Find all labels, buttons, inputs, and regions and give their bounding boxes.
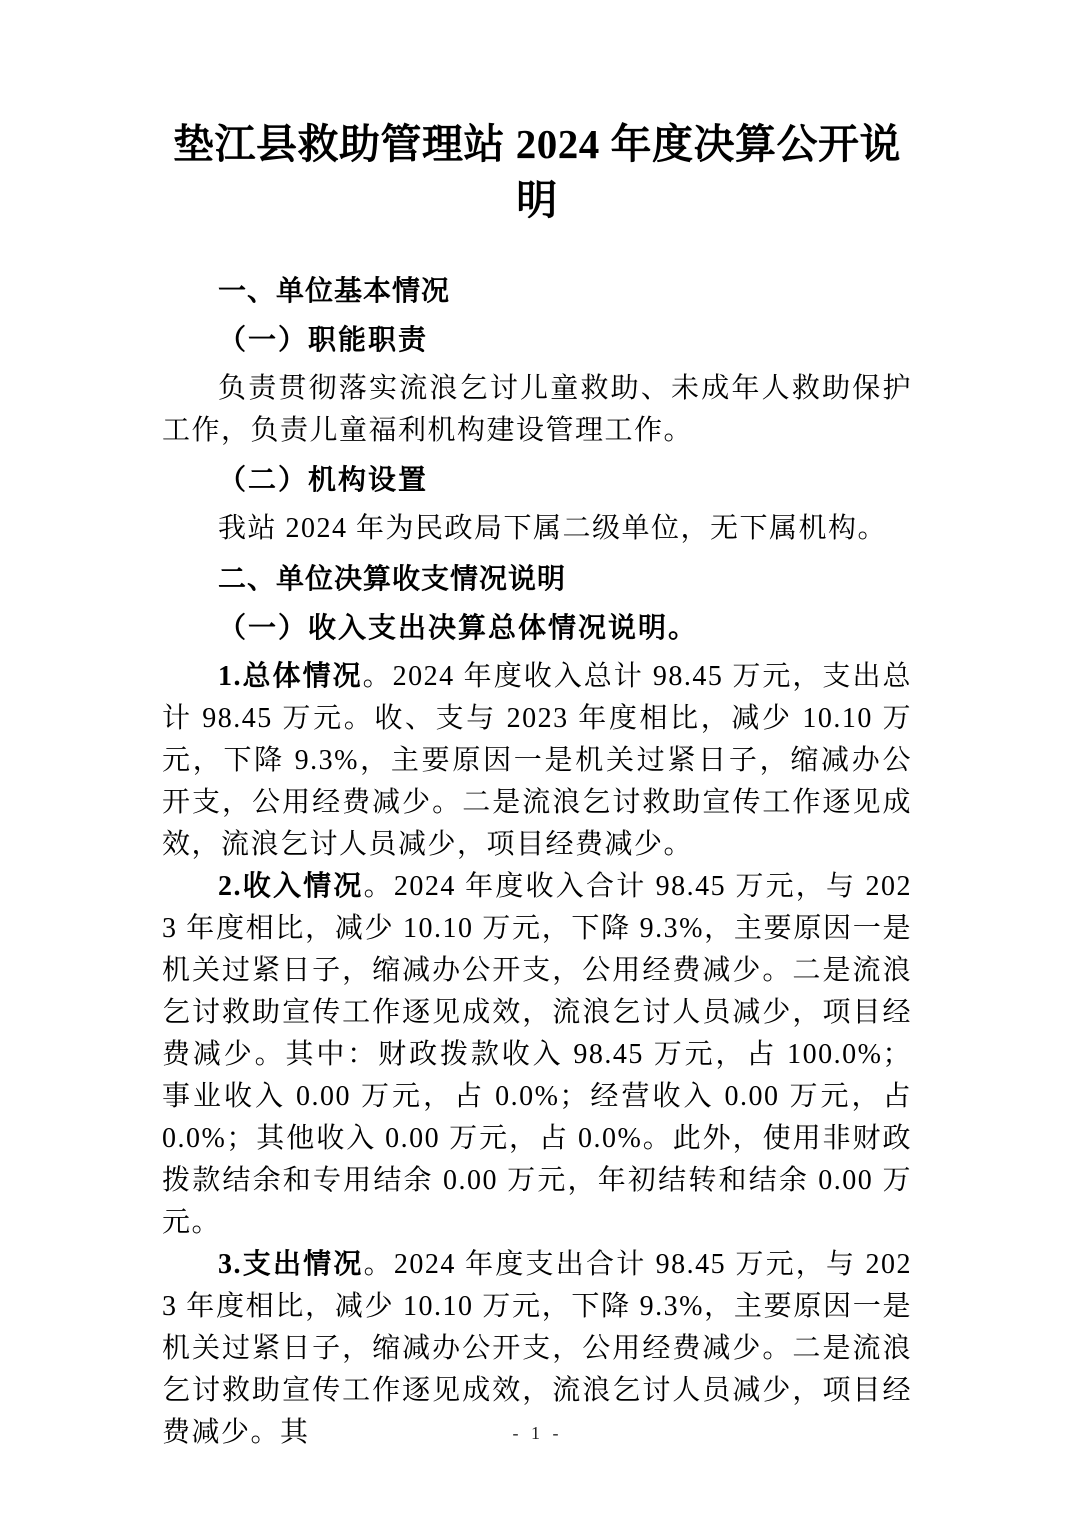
paragraph-org-setup: 我站 2024 年为民政局下属二级单位，无下属机构。	[162, 508, 912, 550]
paragraph-duties: 负责贯彻落实流浪乞讨儿童救助、未成年人救助保护工作，负责儿童福利机构建设管理工作…	[162, 368, 912, 452]
document-page: 垫江县救助管理站 2024 年度决算公开说明 一、单位基本情况 （一）职能职责 …	[0, 0, 1075, 1520]
page-number: - 1 -	[513, 1423, 563, 1443]
heading-org-setup: （二）机构设置	[162, 460, 912, 502]
paragraph-income-text: 。2024 年度收入合计 98.45 万元，与 2023 年度相比，减少 10.…	[162, 871, 912, 1238]
heading-unit-basic-info: 一、单位基本情况	[162, 270, 912, 312]
paragraph-income-situation: 2.收入情况。2024 年度收入合计 98.45 万元，与 2023 年度相比，…	[162, 866, 912, 1244]
heading-overall-income-expense: （一）收入支出决算总体情况说明。	[162, 608, 912, 650]
document-title: 垫江县救助管理站 2024 年度决算公开说明	[162, 116, 912, 228]
paragraph-overall-situation: 1.总体情况。2024 年度收入总计 98.45 万元，支出总计 98.45 万…	[162, 656, 912, 866]
paragraph-overall-lead: 1.总体情况	[218, 661, 363, 692]
page-footer: - 1 -	[0, 1423, 1075, 1444]
paragraph-expense-lead: 3.支出情况	[218, 1249, 364, 1280]
heading-duties: （一）职能职责	[162, 320, 912, 362]
heading-final-accounts-statement: 二、单位决算收支情况说明	[162, 558, 912, 600]
paragraph-income-lead: 2.收入情况	[218, 871, 364, 902]
